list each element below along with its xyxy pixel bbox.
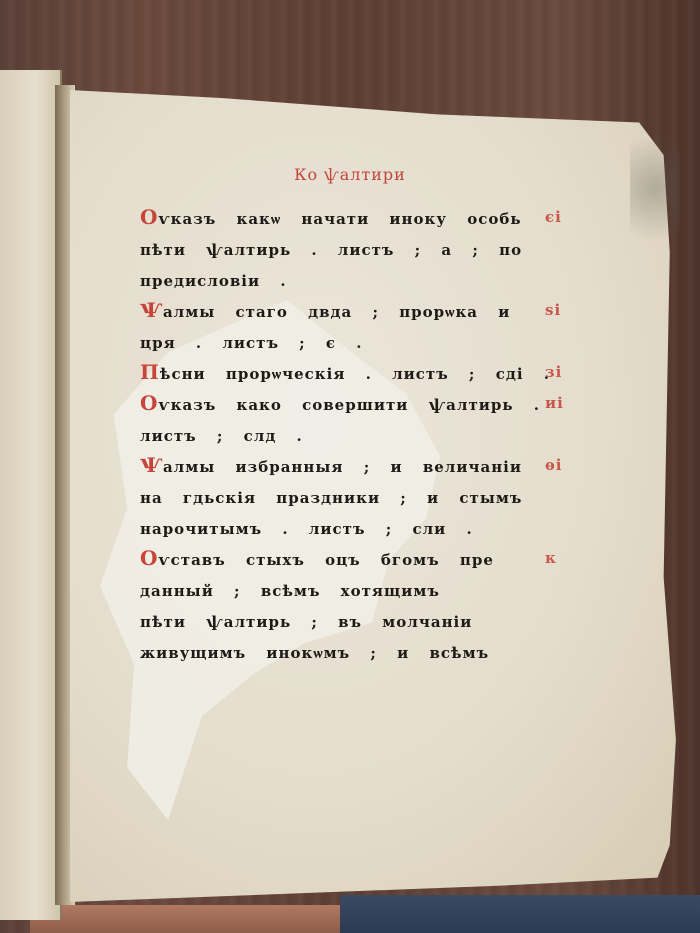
line-text: живущимъ инокѡмъ ; и всѣмъ <box>140 644 489 662</box>
line-text: алмы избранныя ; и величаніи <box>163 458 522 476</box>
page-heading: Ко ѱалтири <box>250 165 450 184</box>
red-initial: О <box>140 391 158 415</box>
text-line: нарочитымъ . листъ ; сли . <box>140 512 600 543</box>
text-line: листъ ; слд . <box>140 419 600 450</box>
text-line: пѣти ѱалтирь ; въ молчаніи <box>140 605 600 636</box>
red-initial: Ѱ <box>140 453 163 477</box>
line-text: нарочитымъ . листъ ; сли . <box>140 520 473 538</box>
line-text: данный ; всѣмъ хотящимъ <box>140 582 440 600</box>
marginal-number: ѕі <box>545 295 561 326</box>
line-text: ѵказъ какѡ начати иноку особь <box>158 210 521 228</box>
line-text: алмы стаго двда ; прорѡка и <box>163 303 510 321</box>
line-text: предисловіи . <box>140 272 287 290</box>
line-text: ѵказъ како совершити ѱалтирь . <box>158 396 540 414</box>
line-text: пѣти ѱалтирь . листъ ; а ; по <box>140 241 522 259</box>
blue-cloth <box>340 895 700 933</box>
marginal-number: єі <box>545 202 562 233</box>
marginal-number: зі <box>545 357 562 388</box>
red-initial: Ѱ <box>140 298 163 322</box>
red-initial: О <box>140 546 158 570</box>
line-text: пѣти ѱалтирь ; въ молчаніи <box>140 613 472 631</box>
text-line: Ѱалмы стаго двда ; прорѡка иѕі <box>140 295 600 326</box>
marginal-number: иі <box>545 388 564 419</box>
line-text: на гдьскія праздники ; и стымъ <box>140 489 522 507</box>
line-text: ѵставъ стыхъ оцъ бгомъ пре <box>158 551 493 569</box>
text-line: Оѵставъ стыхъ оцъ бгомъ прек <box>140 543 600 574</box>
left-page-edge <box>0 70 62 920</box>
red-initial: О <box>140 205 158 229</box>
marginal-number: ѳі <box>545 450 562 481</box>
page-text: Ко ѱалтири Оѵказъ какѡ начати иноку особ… <box>140 165 600 667</box>
text-line: живущимъ инокѡмъ ; и всѣмъ <box>140 636 600 667</box>
red-initial: П <box>140 360 160 384</box>
line-text: листъ ; слд . <box>140 427 303 445</box>
text-line: Пѣсни прорѡческія . листъ ; сді .зі <box>140 357 600 388</box>
wooden-surface-bottom <box>30 905 350 933</box>
marginal-number: к <box>545 543 557 574</box>
text-line: данный ; всѣмъ хотящимъ <box>140 574 600 605</box>
line-text: ѣсни прорѡческія . листъ ; сді . <box>160 365 550 383</box>
text-line: на гдьскія праздники ; и стымъ <box>140 481 600 512</box>
text-line: Ѱалмы избранныя ; и величаніиѳі <box>140 450 600 481</box>
text-line: цря . листъ ; є . <box>140 326 600 357</box>
text-line: Оѵказъ какѡ начати иноку особьєі <box>140 202 600 233</box>
text-line: Оѵказъ како совершити ѱалтирь .иі <box>140 388 600 419</box>
text-line: пѣти ѱалтирь . листъ ; а ; по <box>140 233 600 264</box>
line-text: цря . листъ ; є . <box>140 334 363 352</box>
mold-stain <box>630 140 680 260</box>
text-line: предисловіи . <box>140 264 600 295</box>
